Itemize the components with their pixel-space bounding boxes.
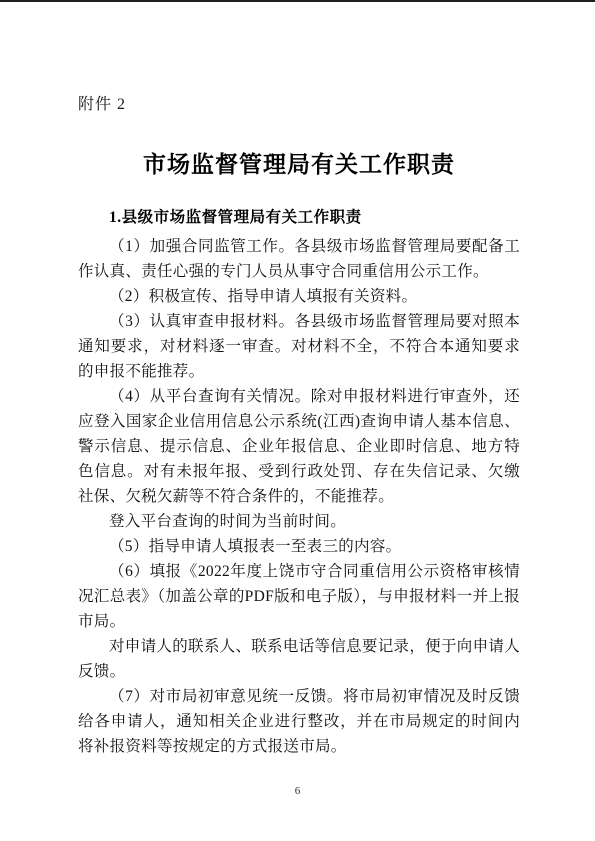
page-number: 6 [0,785,595,797]
section-heading: 1.县级市场监督管理局有关工作职责 [78,207,520,229]
paragraph-1: （1）加强合同监管工作。各县级市场监督管理局要配备工作认真、责任心强的专门人员从… [78,234,520,284]
paragraph-7: （6）填报《2022年度上饶市守合同重信用公示资格审核情况汇总表》（加盖公章的P… [78,559,520,634]
paragraph-6: （5）指导申请人填报表一至表三的内容。 [78,534,520,559]
scan-edge-line [0,0,595,2]
paragraph-9: （7）对市局初审意见统一反馈。将市局初审情况及时反馈给各申请人，通知相关企业进行… [78,684,520,759]
body-paragraphs: （1）加强合同监管工作。各县级市场监督管理局要配备工作认真、责任心强的专门人员从… [78,234,520,759]
paragraph-2: （2）积极宣传、指导申请人填报有关资料。 [78,284,520,309]
paragraph-8: 对申请人的联系人、联系电话等信息要记录，便于向申请人反馈。 [78,634,520,684]
paragraph-3: （3）认真审查申报材料。各县级市场监督管理局要对照本通知要求，对材料逐一审查。对… [78,309,520,384]
document-content: 附件 2 市场监督管理局有关工作职责 1.县级市场监督管理局有关工作职责 （1）… [78,96,520,759]
paragraph-4: （4）从平台查询有关情况。除对申报材料进行审查外，还应登入国家企业信用信息公示系… [78,384,520,509]
document-page: 附件 2 市场监督管理局有关工作职责 1.县级市场监督管理局有关工作职责 （1）… [0,0,595,841]
document-title: 市场监督管理局有关工作职责 [78,150,520,180]
paragraph-5: 登入平台查询的时间为当前时间。 [78,509,520,534]
attachment-label: 附件 2 [78,96,520,114]
